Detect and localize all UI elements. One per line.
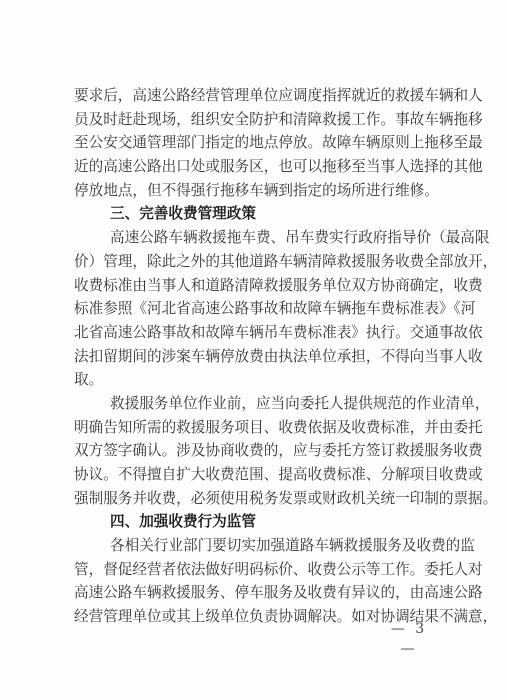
body-line: 北省高速公路事故和故障车辆吊车费标准表》执行。交通事故依 <box>74 321 436 345</box>
body-line: 管，督促经营者依法做好明码标价、收费公示等工作。委托人对 <box>74 558 436 582</box>
body-line: 要求后，高速公路经营管理单位应调度指挥就近的救援车辆和人 <box>74 84 436 108</box>
body-line: 法扣留期间的涉案车辆停放费由执法单位承担，不得向当事人收 <box>74 345 436 369</box>
section-heading: 三、完善收费管理政策 <box>74 202 436 226</box>
body-line: 至公安交通管理部门指定的地点停放。故障车辆原则上拖移至最 <box>74 131 436 155</box>
body-line: 高速公路车辆救援拖车费、吊车费实行政府指导价（最高限 <box>74 226 436 250</box>
body-line: 停放地点，但不得强行拖移车辆到指定的场所进行维修。 <box>74 179 436 203</box>
body-line: 各相关行业部门要切实加强道路车辆救援服务及收费的监 <box>74 534 436 558</box>
body-line: 双方签字确认。涉及协商收费的，应与委托方签订救援服务收费 <box>74 439 436 463</box>
body-line: 高速公路车辆救援服务、停车服务及收费有异议的，由高速公路 <box>74 581 436 605</box>
page-number: — 3 — <box>386 619 432 659</box>
body-line: 员及时赶赴现场，组织安全防护和清障救援工作。事故车辆拖移 <box>74 108 436 132</box>
body-line: 明确告知所需的救援服务项目、收费依据及收费标准，并由委托 <box>74 416 436 440</box>
body-line: 取。 <box>74 368 436 392</box>
body-line: 救援服务单位作业前，应当向委托人提供规范的作业清单， <box>74 392 436 416</box>
section-heading: 四、加强收费行为监管 <box>74 510 436 534</box>
body-line: 近的高速公路出口处或服务区，也可以拖移至当事人选择的其他 <box>74 155 436 179</box>
document-body: 要求后，高速公路经营管理单位应调度指挥就近的救援车辆和人 员及时赶赴现场，组织安… <box>74 84 436 629</box>
body-line: 协议。不得擅自扩大收费范围、提高收费标准、分解项目收费或 <box>74 463 436 487</box>
body-line: 收费标准由当事人和道路清障救援服务单位双方协商确定，收费 <box>74 274 436 298</box>
document-page: 要求后，高速公路经营管理单位应调度指挥就近的救援车辆和人 员及时赶赴现场，组织安… <box>0 0 507 700</box>
body-line: 标准参照《河北省高速公路事故和故障车辆拖车费标准表》《河 <box>74 297 436 321</box>
body-line: 强制服务并收费，必须使用税务发票或财政机关统一印制的票据。 <box>74 487 436 511</box>
body-line: 价）管理，除此之外的其他道路车辆清障救援服务收费全部放开， <box>74 250 436 274</box>
body-line: 经营管理单位或其上级单位负责协调解决。如对协调结果不满意， <box>74 605 436 629</box>
